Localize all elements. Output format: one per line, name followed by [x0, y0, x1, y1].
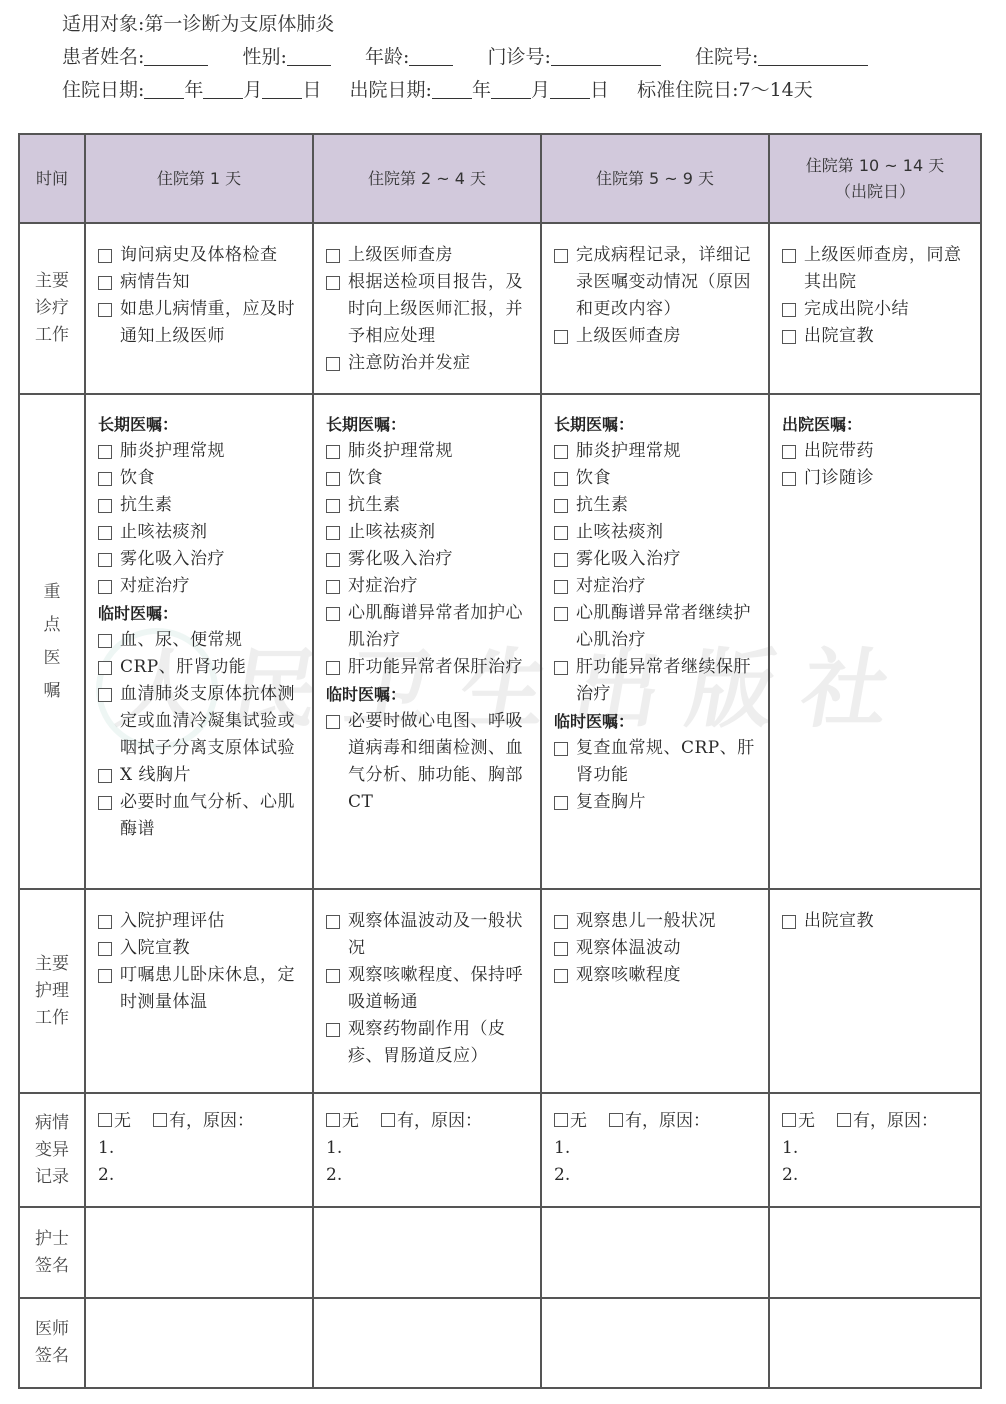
- checklist-item-text: 肺炎护理常规: [120, 438, 302, 465]
- checkbox-icon[interactable]: [98, 303, 112, 317]
- doctor-signature-field[interactable]: [85, 1298, 313, 1388]
- clinical-pathway-table: 时间 住院第 1 天 住院第 2 ~ 4 天 住院第 5 ~ 9 天 住院第 1…: [18, 133, 982, 1389]
- checklist-item-text: 抗生素: [576, 492, 758, 519]
- checkbox-icon[interactable]: [98, 553, 112, 567]
- checklist-item-text: 肺炎护理常规: [348, 438, 530, 465]
- variance-cell: 无有，原因：1.2.: [541, 1093, 769, 1207]
- standard-stay-value: 7～14天: [739, 79, 813, 101]
- checklist-item: 完成病程记录，详细记录医嘱变动情况（原因和更改内容）: [554, 242, 758, 323]
- checklist-item-text: 雾化吸入治疗: [348, 546, 530, 573]
- checklist-item: 止咳祛痰剂: [554, 519, 758, 546]
- checklist-item: 肺炎护理常规: [554, 438, 758, 465]
- checklist-item-text: 入院护理评估: [120, 908, 302, 935]
- checklist-item-text: 对症治疗: [576, 573, 758, 600]
- checklist-item: 对症治疗: [326, 573, 530, 600]
- checkbox-icon[interactable]: [98, 445, 112, 459]
- admission-date-label: 住院日期:: [62, 79, 144, 101]
- checklist-item-text: 观察体温波动: [576, 935, 758, 962]
- variance-none-checkbox[interactable]: [326, 1113, 340, 1127]
- checklist-item-text: 出院带药: [804, 438, 970, 465]
- checkbox-icon[interactable]: [326, 915, 340, 929]
- checkbox-icon[interactable]: [326, 607, 340, 621]
- checkbox-icon[interactable]: [326, 1023, 340, 1037]
- checkbox-icon[interactable]: [554, 526, 568, 540]
- checklist-item: 肺炎护理常规: [98, 438, 302, 465]
- checkbox-icon[interactable]: [98, 472, 112, 486]
- checklist-item: 入院宣教: [98, 935, 302, 962]
- row-label-diagnosis: 主要诊疗工作: [19, 223, 85, 394]
- order-section-title: 临时医嘱：: [98, 600, 302, 627]
- variance-yes-checkbox[interactable]: [153, 1113, 167, 1127]
- order-section-title: 临时医嘱：: [554, 708, 758, 735]
- checklist-item: 病情告知: [98, 269, 302, 296]
- variance-yes-label: 有，原因：: [625, 1111, 710, 1131]
- variance-yes-label: 有，原因：: [169, 1111, 254, 1131]
- checklist-item: 心肌酶谱异常者加护心肌治疗: [326, 600, 530, 654]
- variance-none-label: 无: [798, 1111, 815, 1131]
- checklist-item-text: 观察咳嗽程度: [576, 962, 758, 989]
- checkbox-icon[interactable]: [98, 942, 112, 956]
- column-header-time: 时间: [19, 134, 85, 223]
- checkbox-icon[interactable]: [98, 580, 112, 594]
- checkbox-icon[interactable]: [326, 969, 340, 983]
- checklist-item-text: 抗生素: [348, 492, 530, 519]
- variance-cell: 无有，原因：1.2.: [85, 1093, 313, 1207]
- checklist-item-text: 病情告知: [120, 269, 302, 296]
- checklist-item: 询问病史及体格检查: [98, 242, 302, 269]
- checklist-item-text: 血、尿、便常规: [120, 627, 302, 654]
- admission-month-field[interactable]: [203, 78, 243, 99]
- patient-name-label: 患者姓名:: [62, 46, 144, 68]
- row-diagnosis: 主要诊疗工作 询问病史及体格检查病情告知如患儿病情重，应及时通知上级医师 上级医…: [19, 223, 981, 394]
- checkbox-icon[interactable]: [98, 526, 112, 540]
- checklist-item-text: 对症治疗: [348, 573, 530, 600]
- checkbox-icon[interactable]: [782, 915, 796, 929]
- checklist-item-text: 询问病史及体格检查: [120, 242, 302, 269]
- checklist-item: 出院宣教: [782, 323, 970, 350]
- checklist-item: 叮嘱患儿卧床休息，定时测量体温: [98, 962, 302, 1016]
- checkbox-icon[interactable]: [554, 445, 568, 459]
- checkbox-icon[interactable]: [98, 276, 112, 290]
- variance-none-label: 无: [114, 1111, 131, 1131]
- variance-reason-line1[interactable]: 1.: [326, 1135, 530, 1162]
- discharge-date-label: 出院日期:: [350, 79, 432, 101]
- checklist-item-text: CRP、肝肾功能: [120, 654, 302, 681]
- checklist-item-text: 出院宣教: [804, 323, 970, 350]
- checkbox-icon[interactable]: [326, 580, 340, 594]
- checklist-item-text: 肝功能异常者保肝治疗: [348, 654, 530, 681]
- checklist-item: 雾化吸入治疗: [554, 546, 758, 573]
- checklist-item-text: 上级医师查房: [348, 242, 530, 269]
- checklist-item: 饮食: [98, 465, 302, 492]
- row-label-variance: 病情变异记录: [19, 1093, 85, 1207]
- checkbox-icon[interactable]: [98, 634, 112, 648]
- checklist-item-text: 止咳祛痰剂: [348, 519, 530, 546]
- standard-stay-label: 标准住院日:: [637, 79, 738, 101]
- variance-reason-line2[interactable]: 2.: [782, 1162, 970, 1189]
- checklist-item: 必要时做心电图、呼吸道病毒和细菌检测、血气分析、肺功能、胸部CT: [326, 708, 530, 816]
- applicable-value: 第一诊断为支原体肺炎: [144, 13, 334, 35]
- variance-reason-line1[interactable]: 1.: [98, 1135, 302, 1162]
- checklist-item: 止咳祛痰剂: [98, 519, 302, 546]
- checkbox-icon[interactable]: [98, 249, 112, 263]
- checklist-item: 必要时血气分析、心肌酶谱: [98, 789, 302, 843]
- checkbox-icon[interactable]: [554, 472, 568, 486]
- checkbox-icon[interactable]: [554, 661, 568, 675]
- checkbox-icon[interactable]: [326, 526, 340, 540]
- gender-label: 性别:: [243, 46, 287, 68]
- variance-reason-line1[interactable]: 1.: [782, 1135, 970, 1162]
- gender-field[interactable]: [287, 45, 331, 66]
- variance-options: 无有，原因：: [554, 1108, 758, 1135]
- variance-none-label: 无: [570, 1111, 587, 1131]
- doctor-signature-field[interactable]: [541, 1298, 769, 1388]
- checkbox-icon[interactable]: [554, 553, 568, 567]
- inpatient-no-label: 住院号:: [695, 46, 758, 68]
- applicable-line: 适用对象:第一诊断为支原体肺炎: [62, 8, 868, 41]
- variance-reason-line2[interactable]: 2.: [554, 1162, 758, 1189]
- checkbox-icon[interactable]: [326, 499, 340, 513]
- checklist-item: 心肌酶谱异常者继续护心肌治疗: [554, 600, 758, 654]
- checklist-item: 雾化吸入治疗: [98, 546, 302, 573]
- row-label-doctor-signature: 医师签名: [19, 1298, 85, 1388]
- checkbox-icon[interactable]: [554, 915, 568, 929]
- cell: 观察体温波动及一般状况观察咳嗽程度、保持呼吸道畅通观察药物副作用（皮疹、胃肠道反…: [313, 889, 541, 1093]
- checkbox-icon[interactable]: [782, 472, 796, 486]
- checkbox-icon[interactable]: [98, 796, 112, 810]
- checkbox-icon[interactable]: [782, 303, 796, 317]
- nurse-signature-field[interactable]: [313, 1207, 541, 1298]
- variance-options: 无有，原因：: [326, 1108, 530, 1135]
- checklist-item: 雾化吸入治疗: [326, 546, 530, 573]
- checklist-item-text: 饮食: [348, 465, 530, 492]
- checklist-item: 复查胸片: [554, 789, 758, 816]
- row-variance: 病情变异记录 无有，原因：1.2. 无有，原因：1.2. 无有，原因：1.2. …: [19, 1093, 981, 1207]
- checklist-item-text: 必要时做心电图、呼吸道病毒和细菌检测、血气分析、肺功能、胸部CT: [348, 708, 530, 816]
- row-nursing: 主要护理工作 入院护理评估入院宣教叮嘱患儿卧床休息，定时测量体温 观察体温波动及…: [19, 889, 981, 1093]
- checklist-item: 门诊随诊: [782, 465, 970, 492]
- month-unit: 月: [531, 79, 550, 101]
- order-section-title: 长期医嘱：: [326, 411, 530, 438]
- patient-info-line: 患者姓名: 性别: 年龄: 门诊号: 住院号:: [62, 41, 868, 74]
- checklist-item-text: 心肌酶谱异常者加护心肌治疗: [348, 600, 530, 654]
- row-nurse-signature: 护士签名: [19, 1207, 981, 1298]
- checklist-item-text: 饮食: [576, 465, 758, 492]
- variance-none-label: 无: [342, 1111, 359, 1131]
- checklist-item-text: 饮食: [120, 465, 302, 492]
- row-label-nursing: 主要护理工作: [19, 889, 85, 1093]
- checklist-item-text: 观察患儿一般状况: [576, 908, 758, 935]
- column-header-day1: 住院第 1 天: [85, 134, 313, 223]
- age-label: 年龄:: [365, 46, 409, 68]
- checkbox-icon[interactable]: [554, 330, 568, 344]
- checkbox-icon[interactable]: [554, 796, 568, 810]
- checklist-item: 饮食: [554, 465, 758, 492]
- cell: 入院护理评估入院宣教叮嘱患儿卧床休息，定时测量体温: [85, 889, 313, 1093]
- checklist-item: 肺炎护理常规: [326, 438, 530, 465]
- cell: 上级医师查房，同意其出院完成出院小结出院宣教: [769, 223, 981, 394]
- checklist-item-text: 如患儿病情重，应及时通知上级医师: [120, 296, 302, 350]
- cell: 长期医嘱：肺炎护理常规饮食抗生素止咳祛痰剂雾化吸入治疗对症治疗心肌酶谱异常者继续…: [541, 394, 769, 889]
- checkbox-icon[interactable]: [326, 249, 340, 263]
- checklist-item: 上级医师查房: [554, 323, 758, 350]
- variance-options: 无有，原因：: [98, 1108, 302, 1135]
- variance-options: 无有，原因：: [782, 1108, 970, 1135]
- variance-reason-line1[interactable]: 1.: [554, 1135, 758, 1162]
- checkbox-icon[interactable]: [98, 915, 112, 929]
- checklist-item: 上级医师查房，同意其出院: [782, 242, 970, 296]
- checklist-item: X 线胸片: [98, 762, 302, 789]
- checklist-item-text: 抗生素: [120, 492, 302, 519]
- outpatient-no-label: 门诊号:: [488, 46, 551, 68]
- column-header-day10-14: 住院第 10 ~ 14 天（出院日）: [769, 134, 981, 223]
- checklist-item-text: 复查血常规、CRP、肝肾功能: [576, 735, 758, 789]
- checklist-item-text: 完成病程记录，详细记录医嘱变动情况（原因和更改内容）: [576, 242, 758, 323]
- checklist-item-text: X 线胸片: [120, 762, 302, 789]
- checklist-item-text: 注意防治并发症: [348, 350, 530, 377]
- age-field[interactable]: [409, 45, 453, 66]
- day-unit: 日: [302, 79, 321, 101]
- checklist-item: 血、尿、便常规: [98, 627, 302, 654]
- row-orders: 重点医嘱 长期医嘱：肺炎护理常规饮食抗生素止咳祛痰剂雾化吸入治疗对症治疗临时医嘱…: [19, 394, 981, 889]
- form-header: 适用对象:第一诊断为支原体肺炎 患者姓名: 性别: 年龄: 门诊号: 住院号: …: [62, 8, 868, 107]
- checklist-item-text: 雾化吸入治疗: [576, 546, 758, 573]
- checklist-item-text: 根据送检项目报告，及时向上级医师汇报，并予相应处理: [348, 269, 530, 350]
- checklist-item-text: 雾化吸入治疗: [120, 546, 302, 573]
- checklist-item: 入院护理评估: [98, 908, 302, 935]
- variance-yes-checkbox[interactable]: [837, 1113, 851, 1127]
- checklist-item-text: 止咳祛痰剂: [576, 519, 758, 546]
- variance-yes-label: 有，原因：: [397, 1111, 482, 1131]
- checklist-item-text: 叮嘱患儿卧床休息，定时测量体温: [120, 962, 302, 1016]
- dates-line: 住院日期:年月日 出院日期:年月日 标准住院日:7～14天: [62, 74, 868, 107]
- applicable-label: 适用对象:: [62, 13, 144, 35]
- checkbox-icon[interactable]: [554, 499, 568, 513]
- checkbox-icon[interactable]: [326, 553, 340, 567]
- checklist-item-text: 完成出院小结: [804, 296, 970, 323]
- checklist-item: 根据送检项目报告，及时向上级医师汇报，并予相应处理: [326, 269, 530, 350]
- checklist-item: 完成出院小结: [782, 296, 970, 323]
- row-doctor-signature: 医师签名: [19, 1298, 981, 1388]
- doctor-signature-field[interactable]: [313, 1298, 541, 1388]
- year-unit: 年: [472, 79, 491, 101]
- checkbox-icon[interactable]: [782, 249, 796, 263]
- order-section-title: 长期医嘱：: [98, 411, 302, 438]
- checklist-item-text: 出院宣教: [804, 908, 970, 935]
- order-section-title: 临时医嘱：: [326, 681, 530, 708]
- variance-yes-label: 有，原因：: [853, 1111, 938, 1131]
- day-unit: 日: [590, 79, 609, 101]
- checklist-item: 出院宣教: [782, 908, 970, 935]
- checklist-item: 抗生素: [554, 492, 758, 519]
- checklist-item: 上级医师查房: [326, 242, 530, 269]
- variance-yes-checkbox[interactable]: [381, 1113, 395, 1127]
- checklist-item: 观察咳嗽程度、保持呼吸道畅通: [326, 962, 530, 1016]
- cell: 观察患儿一般状况观察体温波动观察咳嗽程度: [541, 889, 769, 1093]
- checklist-item: 观察体温波动及一般状况: [326, 908, 530, 962]
- checkbox-icon[interactable]: [326, 357, 340, 371]
- checkbox-icon[interactable]: [782, 445, 796, 459]
- checklist-item-text: 必要时血气分析、心肌酶谱: [120, 789, 302, 843]
- checklist-item-text: 对症治疗: [120, 573, 302, 600]
- patient-name-field[interactable]: [144, 45, 208, 66]
- nurse-signature-field[interactable]: [769, 1207, 981, 1298]
- nurse-signature-field[interactable]: [541, 1207, 769, 1298]
- checklist-item: 复查血常规、CRP、肝肾功能: [554, 735, 758, 789]
- order-section-title: 出院医嘱：: [782, 411, 970, 438]
- checklist-item-text: 上级医师查房: [576, 323, 758, 350]
- checklist-item: 出院带药: [782, 438, 970, 465]
- checkbox-icon[interactable]: [326, 472, 340, 486]
- checkbox-icon[interactable]: [554, 580, 568, 594]
- checkbox-icon[interactable]: [98, 499, 112, 513]
- checklist-item: 抗生素: [98, 492, 302, 519]
- checkbox-icon[interactable]: [782, 330, 796, 344]
- checkbox-icon[interactable]: [98, 661, 112, 675]
- doctor-signature-field[interactable]: [769, 1298, 981, 1388]
- checklist-item: 止咳祛痰剂: [326, 519, 530, 546]
- checklist-item: 观察体温波动: [554, 935, 758, 962]
- cell: 出院宣教: [769, 889, 981, 1093]
- variance-cell: 无有，原因：1.2.: [313, 1093, 541, 1207]
- cell: 询问病史及体格检查病情告知如患儿病情重，应及时通知上级医师: [85, 223, 313, 394]
- row-label-orders: 重点医嘱: [19, 394, 85, 889]
- checklist-item: 如患儿病情重，应及时通知上级医师: [98, 296, 302, 350]
- checkbox-icon[interactable]: [326, 661, 340, 675]
- inpatient-no-field[interactable]: [758, 45, 868, 66]
- checklist-item: 观察患儿一般状况: [554, 908, 758, 935]
- checkbox-icon[interactable]: [554, 742, 568, 756]
- variance-yes-checkbox[interactable]: [609, 1113, 623, 1127]
- checkbox-icon[interactable]: [326, 445, 340, 459]
- checklist-item-text: 观察药物副作用（皮疹、胃肠道反应）: [348, 1016, 530, 1070]
- outpatient-no-field[interactable]: [551, 45, 661, 66]
- year-unit: 年: [184, 79, 203, 101]
- row-label-nurse-signature: 护士签名: [19, 1207, 85, 1298]
- month-unit: 月: [243, 79, 262, 101]
- cell: 长期医嘱：肺炎护理常规饮食抗生素止咳祛痰剂雾化吸入治疗对症治疗心肌酶谱异常者加护…: [313, 394, 541, 889]
- checklist-item-text: 入院宣教: [120, 935, 302, 962]
- checklist-item-text: 肝功能异常者继续保肝治疗: [576, 654, 758, 708]
- checkbox-icon[interactable]: [98, 769, 112, 783]
- checklist-item: 饮食: [326, 465, 530, 492]
- checkbox-icon[interactable]: [554, 607, 568, 621]
- checklist-item: 注意防治并发症: [326, 350, 530, 377]
- checklist-item: CRP、肝肾功能: [98, 654, 302, 681]
- checkbox-icon[interactable]: [554, 969, 568, 983]
- cell: 完成病程记录，详细记录医嘱变动情况（原因和更改内容）上级医师查房: [541, 223, 769, 394]
- header-row: 时间 住院第 1 天 住院第 2 ~ 4 天 住院第 5 ~ 9 天 住院第 1…: [19, 134, 981, 223]
- checkbox-icon[interactable]: [326, 715, 340, 729]
- cell: 长期医嘱：肺炎护理常规饮食抗生素止咳祛痰剂雾化吸入治疗对症治疗临时医嘱：血、尿、…: [85, 394, 313, 889]
- variance-none-checkbox[interactable]: [98, 1113, 112, 1127]
- admission-year-field[interactable]: [144, 78, 184, 99]
- checklist-item-text: 血清肺炎支原体抗体测定或血清冷凝集试验或咽拭子分离支原体试验: [120, 681, 302, 762]
- variance-cell: 无有，原因：1.2.: [769, 1093, 981, 1207]
- cell: 上级医师查房根据送检项目报告，及时向上级医师汇报，并予相应处理注意防治并发症: [313, 223, 541, 394]
- checklist-item-text: 门诊随诊: [804, 465, 970, 492]
- checklist-item: 对症治疗: [98, 573, 302, 600]
- discharge-day-field[interactable]: [550, 78, 590, 99]
- cell: 出院医嘱：出院带药门诊随诊: [769, 394, 981, 889]
- column-header-day2-4: 住院第 2 ~ 4 天: [313, 134, 541, 223]
- checkbox-icon[interactable]: [98, 969, 112, 983]
- admission-day-field[interactable]: [262, 78, 302, 99]
- checklist-item-text: 上级医师查房，同意其出院: [804, 242, 970, 296]
- order-section-title: 长期医嘱：: [554, 411, 758, 438]
- checkbox-icon[interactable]: [554, 942, 568, 956]
- variance-reason-line2[interactable]: 2.: [326, 1162, 530, 1189]
- checklist-item-text: 观察体温波动及一般状况: [348, 908, 530, 962]
- column-header-day5-9: 住院第 5 ~ 9 天: [541, 134, 769, 223]
- checklist-item-text: 止咳祛痰剂: [120, 519, 302, 546]
- variance-reason-line2[interactable]: 2.: [98, 1162, 302, 1189]
- checklist-item: 观察咳嗽程度: [554, 962, 758, 989]
- discharge-year-field[interactable]: [432, 78, 472, 99]
- checklist-item: 肝功能异常者继续保肝治疗: [554, 654, 758, 708]
- checklist-item: 抗生素: [326, 492, 530, 519]
- checkbox-icon[interactable]: [554, 249, 568, 263]
- checklist-item: 观察药物副作用（皮疹、胃肠道反应）: [326, 1016, 530, 1070]
- checklist-item-text: 复查胸片: [576, 789, 758, 816]
- checklist-item-text: 观察咳嗽程度、保持呼吸道畅通: [348, 962, 530, 1016]
- checklist-item-text: 肺炎护理常规: [576, 438, 758, 465]
- checklist-item: 对症治疗: [554, 573, 758, 600]
- checklist-item-text: 心肌酶谱异常者继续护心肌治疗: [576, 600, 758, 654]
- checkbox-icon[interactable]: [98, 688, 112, 702]
- nurse-signature-field[interactable]: [85, 1207, 313, 1298]
- checklist-item: 肝功能异常者保肝治疗: [326, 654, 530, 681]
- discharge-month-field[interactable]: [491, 78, 531, 99]
- checklist-item: 血清肺炎支原体抗体测定或血清冷凝集试验或咽拭子分离支原体试验: [98, 681, 302, 762]
- variance-none-checkbox[interactable]: [782, 1113, 796, 1127]
- variance-none-checkbox[interactable]: [554, 1113, 568, 1127]
- checkbox-icon[interactable]: [326, 276, 340, 290]
